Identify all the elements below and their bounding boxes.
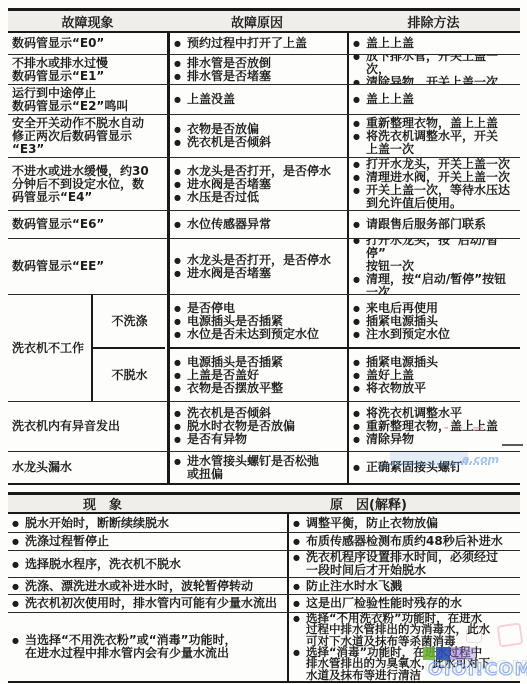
list-item: ●是否停电 (174, 302, 344, 315)
list-item: ●上盖是否盖好 (174, 369, 344, 382)
list-item: ●插紧电源插头 (353, 356, 517, 369)
list-item: ●排水管是否堵塞 (174, 70, 344, 83)
remedy-cell: ●插紧电源插头 ●盖好上盖 ●将衣物放平 (349, 349, 520, 401)
cause-text: 进水阀是否堵塞 (187, 178, 344, 191)
bullet-icon: ● (293, 535, 306, 548)
col-header-cause: 故障原因 (167, 12, 347, 31)
remedy-text: 盖好上盖 (366, 369, 517, 382)
list-item: ●防止注水时水飞溅 (293, 580, 517, 593)
bullet-icon: ● (12, 580, 25, 593)
bullet-icon: ● (353, 76, 366, 84)
bullet-icon: ● (174, 218, 187, 231)
list-item: ●上盖没盖 (174, 93, 344, 106)
remedy-text: 注水到预定水位 (366, 328, 517, 341)
table-row-noise: 洗衣机内有异音发出 ●洗衣机是否倾斜 ●脱水时衣物是否放偏 ●是否有异物 ●将洗… (8, 402, 520, 452)
cause-text: 电源插头是否插紧 (187, 356, 344, 369)
cause-text: 排水管是否放倒 (187, 57, 344, 70)
symptom-cell: 水龙头漏水 (8, 452, 167, 483)
bullet-icon: ● (174, 302, 187, 315)
bullet-icon: ● (353, 407, 366, 420)
table-row-e4: 不进水或进水缓慢，约30 分钟后不到设定水位，数 码管显示“E4” ●水龙头是否… (8, 158, 520, 211)
cause-text: 水位传感器异常 (187, 218, 344, 231)
cause-stack: ●是否停电 ●电源插头是否插紧 ●水位是否未达到预定水位 ●电源插头是否插紧 ●… (167, 295, 347, 401)
reason-cell: ●防止注水时水飞溅 (287, 578, 520, 594)
list-item: ●选择脱水程序，洗衣机不脱水 (12, 558, 284, 571)
list-item: ●洗衣机程序设置排水时间，必须经过 一段时间后才开始脱水 (293, 551, 517, 577)
list-item: ●清除异物 (353, 433, 517, 446)
list-item: ●布质传感器检测布质约48秒后补进水 (293, 535, 517, 548)
bullet-icon: ● (293, 613, 306, 647)
list-item: ●水龙头是否打开，是否停水 (174, 165, 344, 178)
reason-text: 布质传感器检测布质约48秒后补进水 (306, 535, 517, 548)
phenomenon-text: 洗涤、漂洗进水或补进水时，波轮暂停转动 (25, 580, 284, 593)
symptom-cell: 数码管显示“E6” (8, 211, 167, 238)
bullet-icon: ● (174, 455, 187, 481)
col-header-remedy: 排除方法 (347, 12, 520, 31)
list-item: ●重新整理衣物，盖上上盖 (353, 117, 517, 130)
reason-text: 防止注水时水飞溅 (306, 580, 517, 593)
phenomenon-cell: ●洗涤过程暂停止 (8, 533, 287, 550)
remedy-cell: ●打开水龙头，按“启动/暂停” 按钮一次 ●清理，按“启动/暂停”按钮 一次 (347, 239, 520, 294)
cause-text: 洗衣机是否倾斜 (187, 136, 344, 149)
remedy-text: 清理，按“启动/暂停”按钮 一次 (366, 273, 517, 294)
cause-text: 是否停电 (187, 302, 344, 315)
list-item: ●开关上盖一次，等待水压达 到允许值后使用。 (353, 184, 517, 210)
list-item: ●选择“消毒”功能时，在进水过程中 排水管排出的为臭氧水，此水可对下 水道及抹布… (293, 647, 517, 681)
cause-text: 排水管是否堵塞 (187, 70, 344, 83)
list-item: ●衣物是否摆放平整 (174, 382, 344, 395)
cause-text: 上盖没盖 (187, 93, 344, 106)
remedy-cell: ●放下排水管，开关上盖一次， ●清除异物，开关上盖一次 (347, 55, 520, 84)
cause-cell: ●水龙头是否打开，是否停水 ●进水阀是否堵塞 (167, 239, 347, 294)
remedy-cell: ●将洗衣机调整水平 ●重新整理衣物，盖上上盖 ●清除异物 (347, 402, 520, 451)
bullet-icon: ● (174, 407, 187, 420)
bullet-icon: ● (174, 356, 187, 369)
list-item: ●洗涤过程暂停止 (12, 535, 284, 548)
reason-text: 选择“不用洗衣粉”功能时，在进水 过程中排水管排出的为消毒水，此水 可对下水道及… (306, 613, 517, 647)
remedy-text: 将洗衣机调整水平，开关 上盖一次 (366, 130, 517, 156)
bullet-icon: ● (353, 356, 366, 369)
manual-page: 故障现象 故障原因 排除方法 数码管显示“E0” ●预约过程中打开了上盖 ●盖上… (0, 0, 527, 684)
bullet-icon: ● (353, 328, 366, 341)
bullet-icon: ● (174, 136, 187, 149)
bullet-icon: ● (174, 165, 187, 178)
bullet-icon: ● (353, 158, 366, 171)
cause-cell: ●电源插头是否插紧 ●上盖是否盖好 ●衣物是否摆放平整 (170, 349, 347, 401)
symptom-cell: 不进水或进水缓慢，约30 分钟后不到设定水位，数 码管显示“E4” (8, 158, 167, 210)
phenomenon-text: 洗衣机初次使用时，排水管内可能有少量水流出 (25, 597, 284, 610)
phenomenon-text: 当选择“不用洗衣粉”或“消毒”功能时， 在进水过程中排水管内会有少量水流出 (25, 634, 284, 660)
bullet-icon: ● (353, 130, 366, 156)
symptom-cell: 数码管显示“EE” (8, 239, 167, 294)
list-item: ●选择“不用洗衣粉”功能时，在进水 过程中排水管排出的为消毒水，此水 可对下水道… (293, 613, 517, 647)
phenomenon-text: 脱水开始时，断断续续脱水 (25, 517, 284, 530)
list-item: ●正确紧固接头螺钉 (353, 461, 517, 474)
list-item: ●洗衣机是否倾斜 (174, 136, 344, 149)
faq-table: 现 象 原 因(解释) ●脱水开始时，断断续续脱水 ●调整平衡，防止衣物放偏 ●… (8, 492, 520, 683)
bullet-icon: ● (174, 382, 187, 395)
bullet-icon: ● (174, 37, 187, 50)
list-item: ●这是出厂检验性能时残存的水 (293, 597, 517, 610)
bullet-icon: ● (12, 634, 25, 660)
cause-cell: ●水位传感器异常 (167, 211, 347, 238)
bullet-icon: ● (174, 93, 187, 106)
table-row-e6: 数码管显示“E6” ●水位传感器异常 ●请跟售后服务部门联系 (8, 211, 520, 239)
phenomenon-text: 选择脱水程序，洗衣机不脱水 (25, 558, 284, 571)
bullet-icon: ● (293, 580, 306, 593)
list-item: ●水位传感器异常 (174, 218, 344, 231)
table-row-e0: 数码管显示“E0” ●预约过程中打开了上盖 ●盖上上盖 (8, 33, 520, 55)
list-item: ●插紧电源插头 (353, 315, 517, 328)
list-item: ●盖好上盖 (353, 369, 517, 382)
remedy-text: 来电后再使用 (366, 302, 517, 315)
cause-text: 水压是否过低 (187, 191, 344, 204)
symptom-cell: 安全开关动作不脱水自动 修正两次后数码管显示 “E3” (8, 115, 167, 157)
cause-cell: ●衣物是否放偏 ●洗衣机是否倾斜 (167, 115, 347, 157)
remedy-text: 重新整理衣物，盖上上盖 (366, 117, 517, 130)
cause-cell: ●水龙头是否打开，是否停水 ●进水阀是否堵塞 ●水压是否过低 (167, 158, 347, 210)
bullet-icon: ● (174, 70, 187, 83)
bullet-icon: ● (353, 433, 366, 446)
reason-text: 选择“消毒”功能时，在进水过程中 排水管排出的为臭氧水，此水可对下 水道及抹布等… (306, 647, 517, 681)
cause-text: 进水管接头螺钉是否松弛 或扭偏 (187, 455, 344, 481)
bullet-icon: ● (353, 184, 366, 210)
bullet-icon: ● (353, 37, 366, 50)
list-item: ●将衣物放平 (353, 382, 517, 395)
symptom-cell: 洗衣机内有异音发出 (8, 402, 167, 451)
remedy-cell: ●打开水龙头，开关上盖一次 ●清理进水阀，开关上盖一次 ●开关上盖一次，等待水压… (347, 158, 520, 210)
table-row-e1: 不排水或排水过慢 数码管显示“E1” ●排水管是否放倒 ●排水管是否堵塞 ●放下… (8, 55, 520, 85)
troubleshooting-table: 故障现象 故障原因 排除方法 数码管显示“E0” ●预约过程中打开了上盖 ●盖上… (8, 8, 520, 485)
cause-cell: ●是否停电 ●电源插头是否插紧 ●水位是否未达到预定水位 (170, 295, 347, 349)
cause-cell: ●预约过程中打开了上盖 (167, 33, 347, 54)
remedy-text: 盖上上盖 (366, 37, 517, 50)
col-header-phenomenon: 现 象 (8, 494, 287, 513)
list-item: ●电源插头是否插紧 (174, 315, 344, 328)
list-item: ●将洗衣机调整水平，开关 上盖一次 (353, 130, 517, 156)
list-item: ●电源插头是否插紧 (174, 356, 344, 369)
list-item: ●来电后再使用 (353, 302, 517, 315)
remedy-text: 盖上上盖 (366, 93, 517, 106)
symptom-cell: 数码管显示“E0” (8, 33, 167, 54)
cause-cell: ●进水管接头螺钉是否松弛 或扭偏 (167, 452, 347, 483)
cause-text: 水位是否未达到预定水位 (187, 328, 344, 341)
cause-cell: ●排水管是否放倒 ●排水管是否堵塞 (167, 55, 347, 84)
remedy-text: 请跟售后服务部门联系 (366, 218, 517, 231)
bullet-icon: ● (353, 93, 366, 106)
remedy-cell: ●重新整理衣物，盖上上盖 ●将洗衣机调整水平，开关 上盖一次 (347, 115, 520, 157)
remedy-text: 放下排水管，开关上盖一次， (366, 55, 517, 76)
list-item: ●盖上上盖 (353, 93, 517, 106)
bullet-icon: ● (353, 171, 366, 184)
reason-cell: ●选择“不用洗衣粉”功能时，在进水 过程中排水管排出的为消毒水，此水 可对下水道… (287, 613, 520, 681)
faq-row: ●洗涤过程暂停止 ●布质传感器检测布质约48秒后补进水 (8, 533, 520, 551)
phenomenon-cell: ●选择脱水程序，洗衣机不脱水 (8, 551, 287, 577)
list-item: ●清除异物，开关上盖一次 (353, 76, 517, 84)
list-item: ●脱水开始时，断断续续脱水 (12, 517, 284, 530)
symptom-cell: 运行到中途停止 数码管显示“E2”鸣叫 (8, 85, 167, 114)
remedy-text: 插紧电源插头 (366, 315, 517, 328)
bullet-icon: ● (353, 382, 366, 395)
cause-text: 衣物是否摆放平整 (187, 382, 344, 395)
list-item: ●清理，按“启动/暂停”按钮 一次 (353, 273, 517, 294)
remedy-text: 打开水龙头，按“启动/暂停” 按钮一次 (366, 239, 517, 273)
reason-text: 这是出厂检验性能时残存的水 (306, 597, 517, 610)
remedy-cell: ●正确紧固接头螺钉 (347, 452, 520, 483)
table1-header-row: 故障现象 故障原因 排除方法 (8, 11, 520, 33)
remedy-text: 正确紧固接头螺钉 (366, 461, 517, 474)
list-item: ●洗衣机初次使用时，排水管内可能有少量水流出 (12, 597, 284, 610)
bullet-icon: ● (293, 551, 306, 577)
list-item: ●注水到预定水位 (353, 328, 517, 341)
remedy-text: 清除异物 (366, 433, 517, 446)
phenomenon-cell: ●洗涤、漂洗进水或补进水时，波轮暂停转动 (8, 578, 287, 594)
bullet-icon: ● (353, 302, 366, 315)
cause-text: 预约过程中打开了上盖 (187, 37, 344, 50)
list-item: ●进水阀是否堵塞 (174, 267, 344, 280)
list-item: ●排水管是否放倒 (174, 57, 344, 70)
bullet-icon: ● (174, 191, 187, 204)
phenomenon-cell: ●当选择“不用洗衣粉”或“消毒”功能时， 在进水过程中排水管内会有少量水流出 (8, 613, 287, 681)
sub-label-no-wash: 不洗涤 (93, 295, 165, 349)
bullet-icon: ● (293, 597, 306, 610)
bullet-icon: ● (174, 267, 187, 280)
cause-cell: ●洗衣机是否倾斜 ●脱水时衣物是否放偏 ●是否有异物 (167, 402, 347, 451)
bullet-icon: ● (353, 461, 366, 474)
faq-row: ●选择脱水程序，洗衣机不脱水 ●洗衣机程序设置排水时间，必须经过 一段时间后才开… (8, 551, 520, 578)
cause-cell: ●上盖没盖 (167, 85, 347, 114)
remedy-cell: ●请跟售后服务部门联系 (347, 211, 520, 238)
bullet-icon: ● (293, 517, 306, 530)
bullet-icon: ● (353, 369, 366, 382)
table-row-ee: 数码管显示“EE” ●水龙头是否打开，是否停水 ●进水阀是否堵塞 ●打开水龙头，… (8, 239, 520, 295)
phenomenon-cell: ●脱水开始时，断断续续脱水 (8, 514, 287, 532)
reason-cell: ●调整平衡，防止衣物放偏 (287, 514, 520, 532)
bullet-icon: ● (353, 273, 366, 294)
cause-text: 上盖是否盖好 (187, 369, 344, 382)
bullet-icon: ● (12, 535, 25, 548)
bullet-icon: ● (12, 558, 25, 571)
faq-row: ●洗涤、漂洗进水或补进水时，波轮暂停转动 ●防止注水时水飞溅 (8, 578, 520, 595)
phenomenon-cell: ●洗衣机初次使用时，排水管内可能有少量水流出 (8, 595, 287, 612)
bullet-icon: ● (353, 315, 366, 328)
remedy-text: 插紧电源插头 (366, 356, 517, 369)
table-row-not-working: 洗衣机不工作 不洗涤 不脱水 ●是否停电 ●电源插头是否插紧 ●水位是否未达到预… (8, 295, 520, 402)
table-row-leak: 水龙头漏水 ●进水管接头螺钉是否松弛 或扭偏 ●正确紧固接头螺钉 (8, 452, 520, 485)
symptom-cell: 不排水或排水过慢 数码管显示“E1” (8, 55, 167, 84)
faq-row: ●当选择“不用洗衣粉”或“消毒”功能时， 在进水过程中排水管内会有少量水流出 ●… (8, 613, 520, 683)
phenomenon-text: 洗涤过程暂停止 (25, 535, 284, 548)
bullet-icon: ● (174, 123, 187, 136)
bullet-icon: ● (353, 218, 366, 231)
col-header-symptom: 故障现象 (8, 12, 167, 31)
list-item: ●进水管接头螺钉是否松弛 或扭偏 (174, 455, 344, 481)
faq-row: ●脱水开始时，断断续续脱水 ●调整平衡，防止衣物放偏 (8, 514, 520, 533)
remedy-text: 清除异物，开关上盖一次 (366, 76, 517, 84)
bullet-icon: ● (12, 517, 25, 530)
bullet-icon: ● (293, 647, 306, 681)
remedy-cell: ●来电后再使用 ●插紧电源插头 ●注水到预定水位 (349, 295, 520, 349)
sub-label-no-spin: 不脱水 (93, 349, 165, 401)
group-sub-column: 不洗涤 不脱水 (93, 295, 165, 401)
reason-cell: ●洗衣机程序设置排水时间，必须经过 一段时间后才开始脱水 (287, 551, 520, 577)
list-item: ●请跟售后服务部门联系 (353, 218, 517, 231)
bullet-icon: ● (174, 433, 187, 446)
bullet-icon: ● (174, 328, 187, 341)
bullet-icon: ● (353, 420, 366, 433)
list-item: ●放下排水管，开关上盖一次， (353, 55, 517, 76)
bullet-icon: ● (353, 55, 366, 76)
list-item: ●洗涤、漂洗进水或补进水时，波轮暂停转动 (12, 580, 284, 593)
col-header-reason: 原 因(解释) (287, 494, 520, 513)
list-item: ●是否有异物 (174, 433, 344, 446)
list-item: ●水位是否未达到预定水位 (174, 328, 344, 341)
remedy-cell: ●盖上上盖 (347, 85, 520, 114)
reason-cell: ●布质传感器检测布质约48秒后补进水 (287, 533, 520, 550)
list-item: ●当选择“不用洗衣粉”或“消毒”功能时， 在进水过程中排水管内会有少量水流出 (12, 634, 284, 660)
bullet-icon: ● (174, 420, 187, 433)
list-item: ●进水阀是否堵塞 (174, 178, 344, 191)
faq-row: ●洗衣机初次使用时，排水管内可能有少量水流出 ●这是出厂检验性能时残存的水 (8, 595, 520, 613)
list-item: ●水龙头是否打开，是否停水 (174, 254, 344, 267)
remedy-cell: ●盖上上盖 (347, 33, 520, 54)
list-item: ●调整平衡，防止衣物放偏 (293, 517, 517, 530)
bullet-icon: ● (174, 369, 187, 382)
symptom-group-cell: 洗衣机不工作 不洗涤 不脱水 (8, 295, 167, 401)
group-label: 洗衣机不工作 (8, 295, 93, 401)
list-item: ●预约过程中打开了上盖 (174, 37, 344, 50)
remedy-text: 开关上盖一次，等待水压达 到允许值后使用。 (366, 184, 517, 210)
bullet-icon: ● (174, 315, 187, 328)
bullet-icon: ● (174, 57, 187, 70)
reason-text: 洗衣机程序设置排水时间，必须经过 一段时间后才开始脱水 (306, 551, 517, 577)
cause-text: 水龙头是否打开，是否停水 (187, 165, 344, 178)
table-row-e2: 运行到中途停止 数码管显示“E2”鸣叫 ●上盖没盖 ●盖上上盖 (8, 85, 520, 115)
list-item: ●水压是否过低 (174, 191, 344, 204)
bullet-icon: ● (353, 117, 366, 130)
cause-text: 是否有异物 (187, 433, 344, 446)
table2-header-row: 现 象 原 因(解释) (8, 495, 520, 514)
list-item: ●打开水龙头，按“启动/暂停” 按钮一次 (353, 239, 517, 273)
bullet-icon: ● (174, 254, 187, 267)
reason-cell: ●这是出厂检验性能时残存的水 (287, 595, 520, 612)
table-row-e3: 安全开关动作不脱水自动 修正两次后数码管显示 “E3” ●衣物是否放偏 ●洗衣机… (8, 115, 520, 158)
remedy-stack: ●来电后再使用 ●插紧电源插头 ●注水到预定水位 ●插紧电源插头 ●盖好上盖 ●… (347, 295, 520, 401)
bullet-icon: ● (353, 239, 366, 273)
remedy-text: 将衣物放平 (366, 382, 517, 395)
reason-text: 调整平衡，防止衣物放偏 (306, 517, 517, 530)
list-item: ●盖上上盖 (353, 37, 517, 50)
cause-text: 进水阀是否堵塞 (187, 267, 344, 280)
cause-text: 水龙头是否打开，是否停水 (187, 254, 344, 267)
bullet-icon: ● (174, 178, 187, 191)
cause-text: 电源插头是否插紧 (187, 315, 344, 328)
bullet-icon: ● (12, 597, 25, 610)
